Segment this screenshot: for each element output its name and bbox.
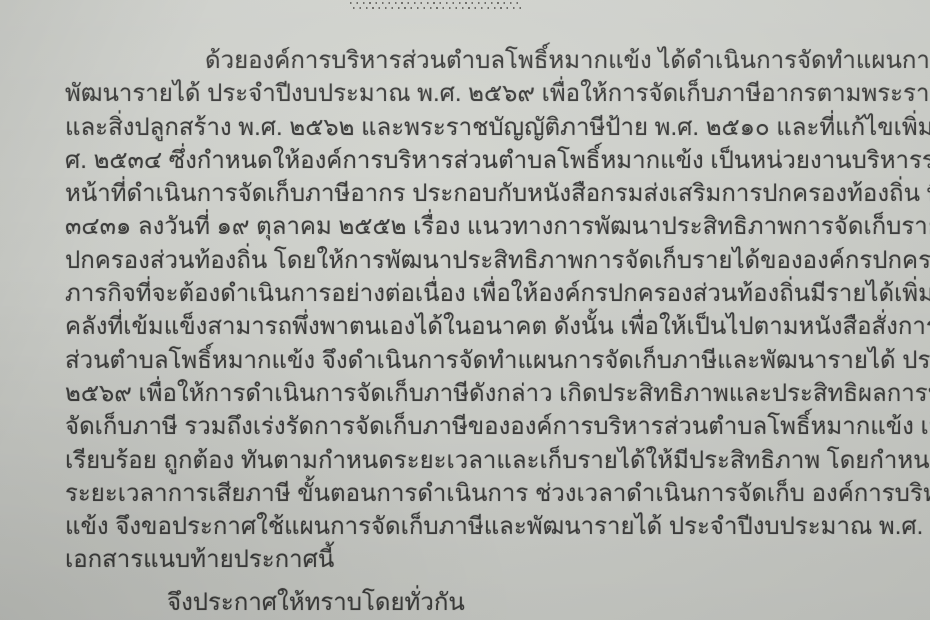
text-line: ปกครองส่วนท้องถิ่น โดยให้การพัฒนาประสิทธ… [65,244,883,277]
text-line: เรียบร้อย ถูกต้อง ทันตามกำหนดระยะเวลาและ… [65,444,883,477]
text-line: จัดเก็บภาษี รวมถึงเร่งรัดการจัดเก็บภาษีข… [65,410,883,443]
dotted-divider [350,2,522,9]
text-line: ด้วยองค์การบริหารส่วนตำบลโพธิ์หมากแข้ง ไ… [65,44,883,77]
text-line: ภารกิจที่จะต้องดำเนินการอย่างต่อเนื่อง เ… [65,277,883,310]
announcement-body-paragraph: ด้วยองค์การบริหารส่วนตำบลโพธิ์หมากแข้ง ไ… [65,44,883,577]
closing-line: จึงประกาศให้ทราบโดยทั่วกัน [167,586,465,619]
text-line: ส่วนตำบลโพธิ์หมากแข้ง จึงดำเนินการจัดทำแ… [65,344,883,377]
text-line: คลังที่เข้มแข็งสามารถพึ่งพาตนเองได้ในอนา… [65,310,883,343]
text-line: และสิ่งปลูกสร้าง พ.ศ. ๒๕๖๒ และพระราชบัญญ… [65,111,883,144]
scanned-document-page: ด้วยองค์การบริหารส่วนตำบลโพธิ์หมากแข้ง ไ… [0,0,930,620]
text-line: เอกสารแนบท้ายประกาศนี้ [65,543,883,576]
text-line: ๓๔๓๑ ลงวันที่ ๑๙ ตุลาคม ๒๕๕๒ เรื่อง แนวท… [65,210,883,243]
text-line: หน้าที่ดำเนินการจัดเก็บภาษีอากร ประกอบกั… [65,177,883,210]
text-line: พัฒนารายได้ ประจำปีงบประมาณ พ.ศ. ๒๕๖๙ เพ… [65,77,883,110]
text-line: ๒๕๖๙ เพื่อให้การดำเนินการจัดเก็บภาษีดังก… [65,377,883,410]
text-line: ศ. ๒๕๓๔ ซึ่งกำหนดให้องค์การบริหารส่วนตำบ… [65,144,883,177]
text-line: ระยะเวลาการเสียภาษี ขั้นตอนการดำเนินการ … [65,477,883,510]
text-line: แข้ง จึงขอประกาศใช้แผนการจัดเก็บภาษีและพ… [65,510,883,543]
